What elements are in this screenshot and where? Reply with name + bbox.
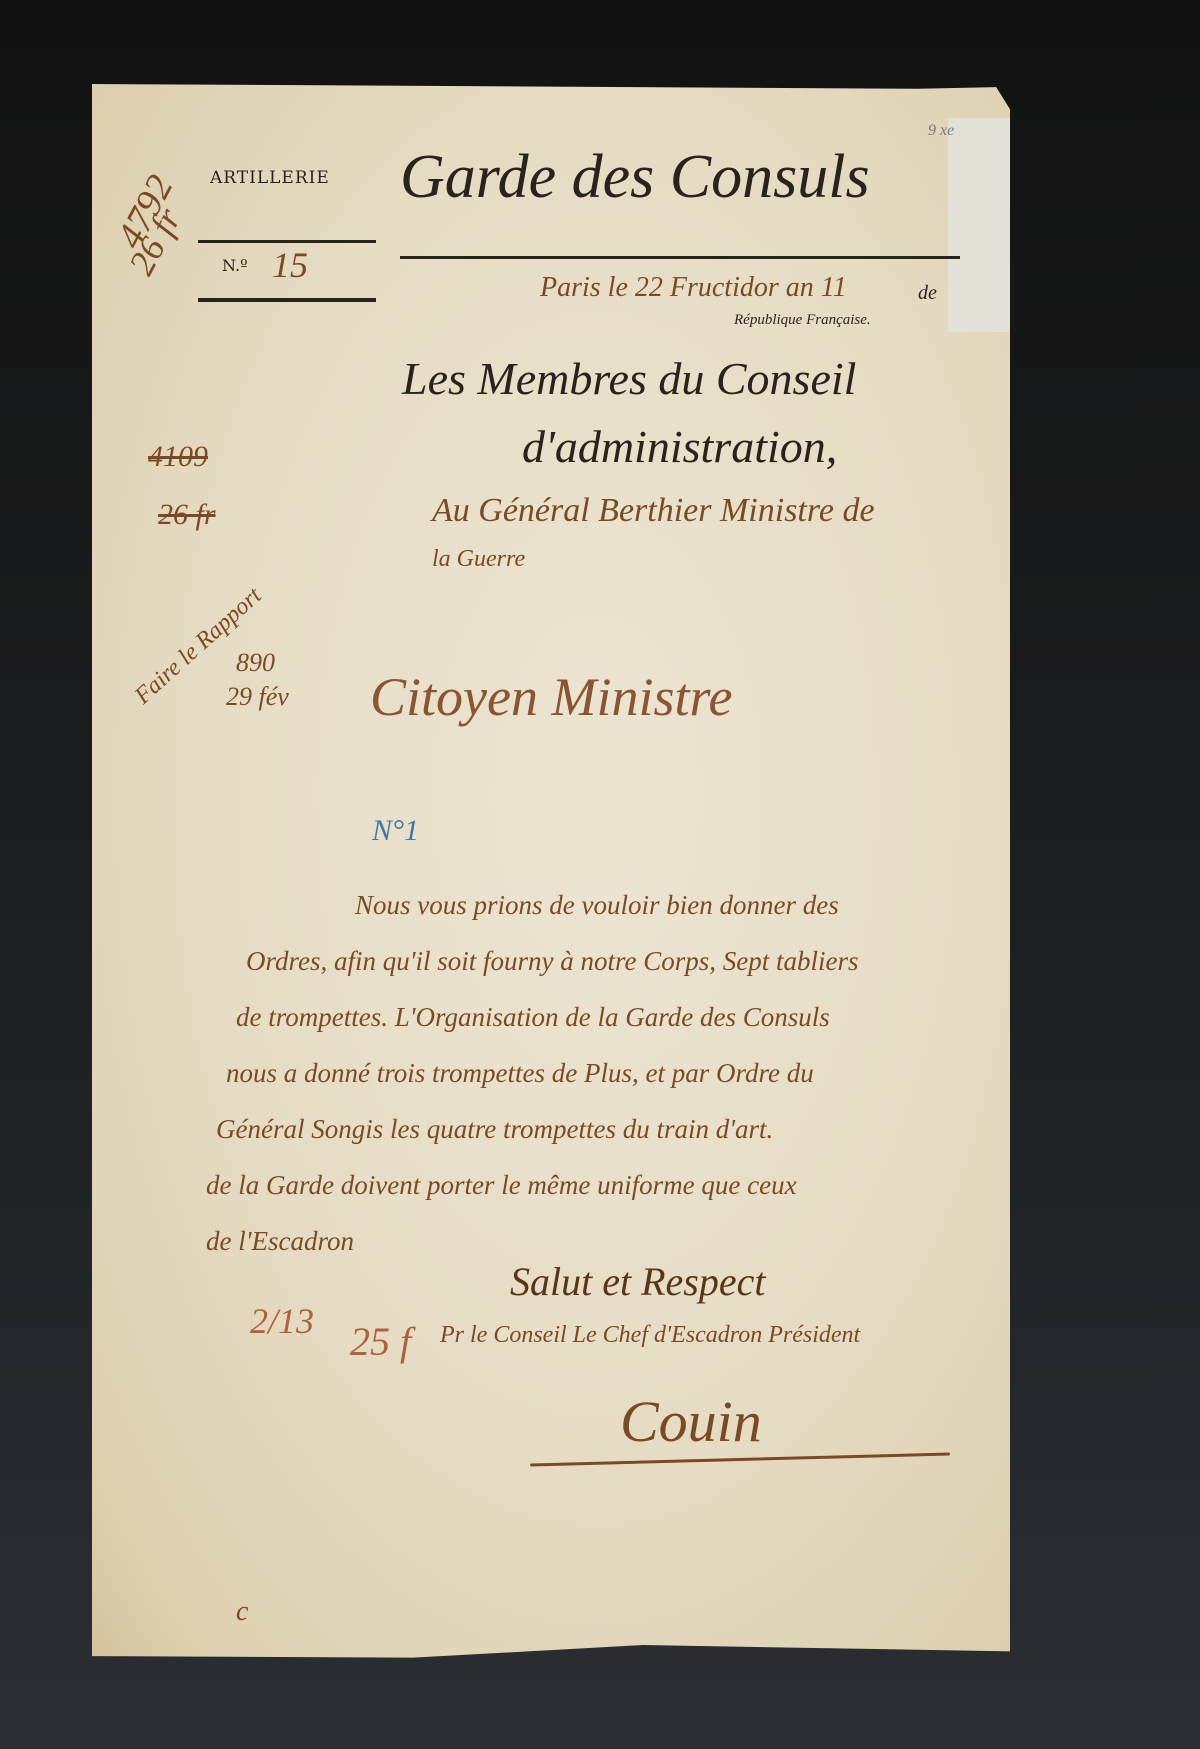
sender-line-2: d'administration, [522,420,837,473]
republic-label: République Française. [734,312,871,329]
date-suffix: de [918,282,937,305]
corps-label: ARTILLERIE [210,168,330,188]
blue-mark: N°1 [372,814,419,848]
signature: Couin [620,1388,762,1455]
footer-mark: c [236,1596,248,1628]
place-date: Paris le 22 Fructidor an 11 [540,272,847,304]
salutation: Citoyen Ministre [370,666,732,728]
body-line-1: Nous vous prions de vouloir bien donner … [355,890,839,921]
margin-note-mid-d: 890 [236,648,275,678]
body-line-7: de l'Escadron [206,1226,354,1257]
closing: Salut et Respect [510,1258,765,1305]
signature-annotation-b: 25 f [350,1318,411,1365]
document-sheet [92,84,1010,1664]
body-line-5: Général Songis les quatre trompettes du … [216,1114,773,1145]
sender-line-1: Les Membres du Conseil [402,352,856,405]
margin-note-top-right: 9 xe [928,122,954,140]
letterhead-title: Garde des Consuls [400,142,870,213]
signature-annotation-a: 2/13 [250,1300,314,1342]
margin-note-mid-a: 4109 [148,440,208,474]
number-label: N.º [222,256,248,275]
body-line-3: de trompettes. L'Organisation de la Gard… [236,1002,830,1033]
title-rule [400,256,960,259]
number-value: 15 [272,244,308,286]
signature-line: Pr le Conseil Le Chef d'Escadron Préside… [440,1322,860,1349]
paper-strip [948,118,1010,332]
addressee-line-2: la Guerre [432,546,525,573]
addressee-line-1: Au Général Berthier Ministre de [432,492,875,530]
margin-note-mid-e: 29 fév [226,682,289,712]
body-line-4: nous a donné trois trompettes de Plus, e… [226,1058,814,1089]
corps-rule [198,240,376,243]
body-line-6: de la Garde doivent porter le même unifo… [206,1170,797,1201]
number-rule [198,298,376,302]
body-line-2: Ordres, afin qu'il soit fourny à notre C… [246,946,859,977]
margin-note-mid-b: 26 fr [158,498,216,532]
